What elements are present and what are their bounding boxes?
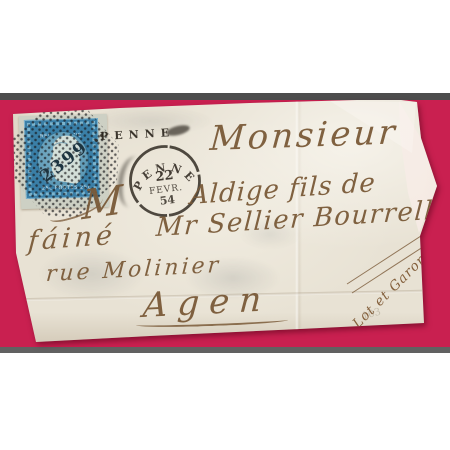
- ink-dot: [95, 139, 98, 142]
- photo-bottom-bar: [0, 347, 450, 353]
- cover-photo: REPUB FRANC 25c POSTES 25c 2399: [0, 93, 450, 353]
- cds-year: 54: [159, 193, 176, 208]
- photo-inner: REPUB FRANC 25c POSTES 25c 2399: [0, 100, 450, 347]
- cds-day: 22: [155, 168, 175, 185]
- address-line-word: fáiné: [27, 220, 117, 257]
- linear-penne-postmark: PENNE: [100, 126, 176, 143]
- letter-shadow: REPUB FRANC 25c POSTES 25c 2399: [0, 100, 450, 347]
- letter-cover: REPUB FRANC 25c POSTES 25c 2399: [0, 100, 450, 347]
- address-line-monsieur: Monsieur: [209, 112, 399, 159]
- photo-top-bar: [0, 93, 450, 100]
